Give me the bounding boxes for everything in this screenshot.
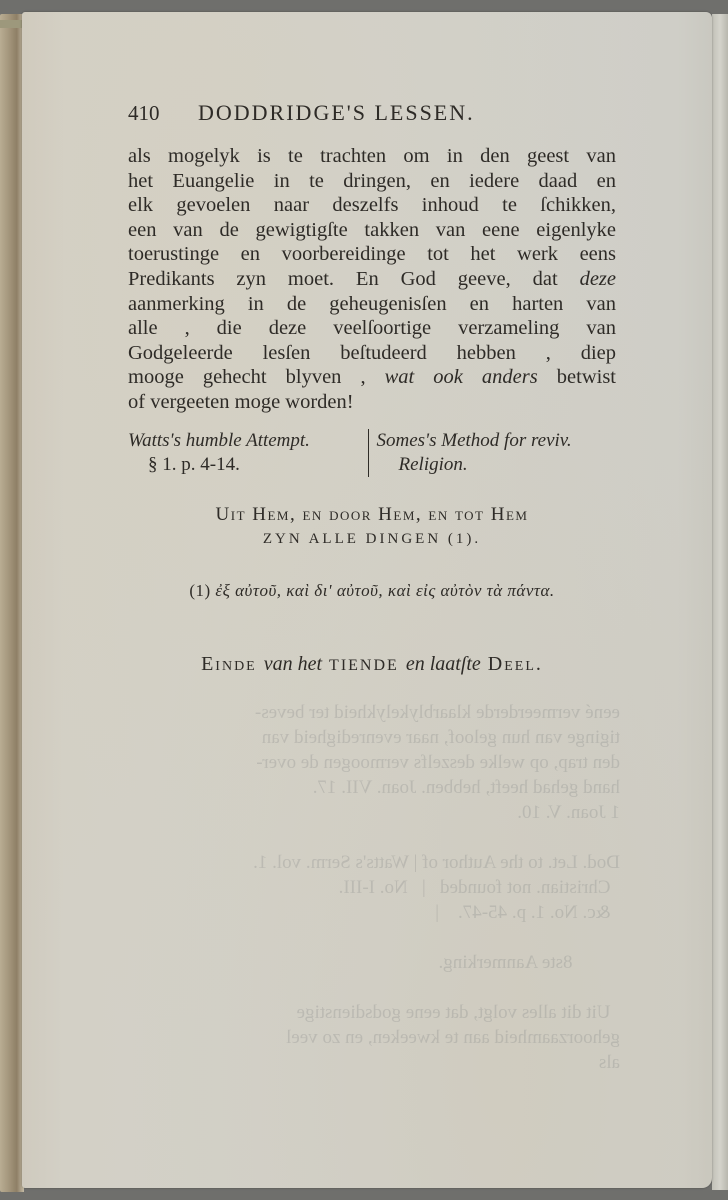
reference-left: Watts's humble Attempt. § 1. p. 4-14. (128, 429, 368, 477)
text-line: Predikants zyn moet. En God geeve, dat d… (128, 267, 616, 292)
book-spine (0, 14, 24, 1192)
text-line: of vergeeten moge worden! (128, 390, 616, 415)
text-line: het Euangelie in te dringen, en iedere d… (128, 169, 616, 194)
text-line: een van de gewigtigſte takken van eene e… (128, 218, 616, 243)
footnote: (1) ἐξ αὐτοῦ, καὶ δι' αὐτοῦ, καὶ εἰς αὐτ… (128, 581, 616, 601)
colophon-word: Einde (201, 653, 257, 675)
spine-band (0, 20, 24, 28)
colophon-word: en laatſte (406, 653, 481, 675)
running-head-title: DODDRIDGE'S LESSEN. (198, 100, 475, 126)
text-span: mooge gehecht blyven , (128, 366, 366, 388)
motto: Uit Hem, en door Hem, en tot Hem zyn all… (128, 503, 616, 551)
text-line: aanmerking in de geheugenisſen en harten… (128, 292, 616, 317)
text-line: Godgeleerde lesſen beſtudeerd hebben , d… (128, 341, 616, 366)
text-line: mooge gehecht blyven , wat ook anders be… (128, 365, 616, 390)
colophon-word: van het (264, 653, 322, 675)
reference-detail: § 1. p. 4-14. (128, 453, 360, 477)
footnote-greek-text: ἐξ αὐτοῦ, καὶ δι' αὐτοῦ, καὶ εἰς αὐτὸν τ… (215, 581, 554, 600)
footnote-mark: (1) (189, 581, 210, 600)
reference-title: Somes's Method for reviv. (377, 430, 572, 451)
reference-title: Watts's humble Attempt. (128, 430, 310, 451)
colophon: Einde van het tiende en laatſte Deel. (128, 653, 616, 676)
reference-detail: Religion. (377, 453, 609, 477)
running-head: 410 DODDRIDGE'S LESSEN. (128, 100, 616, 130)
reference-right: Somes's Method for reviv. Religion. (368, 429, 617, 477)
italic-emphasis: deze (580, 268, 616, 290)
text-line: toerustinge en voorbereidinge tot het we… (128, 242, 616, 267)
references: Watts's humble Attempt. § 1. p. 4-14. So… (128, 429, 616, 477)
text-span: Predikants zyn moet. En God geeve, dat (128, 268, 558, 290)
text-line: elk gevoelen naar deszelfs inhoud te ſch… (128, 193, 616, 218)
text-line: alle , die deze veelſoortige verzameling… (128, 316, 616, 341)
italic-emphasis: wat ook anders (385, 366, 538, 388)
colophon-word: tiende (329, 657, 399, 674)
next-page-edge (712, 14, 728, 1190)
motto-line-1: Uit Hem, en door Hem, en tot Hem (216, 504, 529, 525)
text-span: betwist (557, 366, 616, 388)
page-content: 410 DODDRIDGE'S LESSEN. als mogelyk is t… (128, 100, 616, 676)
page-number: 410 (128, 101, 198, 126)
body-paragraph: als mogelyk is te trachten om in den gee… (128, 144, 616, 415)
motto-line-2: zyn alle dingen (1). (128, 527, 616, 551)
text-line: als mogelyk is te trachten om in den gee… (128, 144, 616, 169)
colophon-word: Deel. (488, 653, 543, 675)
